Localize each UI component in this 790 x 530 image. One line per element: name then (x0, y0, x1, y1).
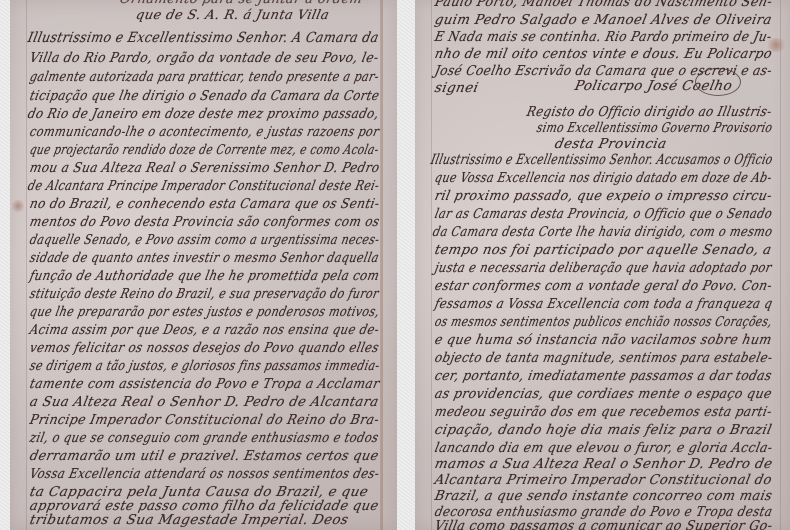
manuscript-line: daquelle Senado, e Povo assim como a urg… (28, 232, 381, 248)
manuscript-page-right: Paulo Porto, Manoel Thomas do Nascimento… (415, 0, 790, 530)
manuscript-line: objecto de tanta magnitude, sentimos par… (433, 350, 774, 366)
manuscript-line: função de Authoridade que lhe he promett… (28, 268, 381, 284)
manuscript-line: e que huma só instancia não vacilamos so… (433, 332, 773, 348)
manuscript-line: mou a Sua Alteza Real o Serenissimo Senh… (28, 160, 381, 176)
margin-rule-right (780, 0, 781, 530)
manuscript-line: tributamos a Sua Magestade Imperial. Deo… (28, 512, 350, 528)
manuscript-line: zil, o que se conseguio com grande enthu… (28, 430, 380, 446)
margin-rule-left (431, 0, 432, 530)
manuscript-line: que projectarão rendido doze de Corrente… (28, 142, 380, 158)
page-heading-line: que de S. A. R. á Junta Villa (134, 8, 330, 23)
page-edge (381, 0, 383, 530)
manuscript-line: que lhe prepararão por estes justos e po… (28, 304, 381, 320)
manuscript-line: fessamos a Vossa Excellencia com toda a … (433, 296, 774, 312)
manuscript-line: galmente autorizada para pratticar, tend… (28, 69, 380, 85)
manuscript-line: Vossa Excellencia attendará os nossos se… (28, 466, 381, 482)
manuscript-line: Villa do Rio Pardo, orgão da vontade de … (28, 50, 380, 66)
manuscript-line: estar conformes com a vontade geral do P… (433, 278, 773, 294)
manuscript-line: as providencias, que cordiaes mente o es… (433, 386, 773, 402)
manuscript-line: Alcantara Primeiro Imperador Constitucio… (433, 472, 773, 488)
manuscript-line: lancando dia em que elevou o furor, e gl… (433, 440, 774, 456)
manuscript-line: nho de mil oito centos vinte e dous. Eu … (433, 46, 773, 62)
manuscript-line: Brazil, a que sendo instante concorreo c… (433, 488, 774, 504)
manuscript-line: Illustrissimo e Excellentissimo Senhor. … (429, 152, 774, 168)
manuscript-line: no do Brazil, e conhecendo esta Camara q… (28, 196, 381, 212)
manuscript-line: sidade de quanto antes investir o mesmo … (28, 250, 380, 266)
manuscript-line: Acima assim por que Deos, e a razão nos … (28, 322, 380, 338)
ink-stain (12, 198, 24, 214)
address-line: desta Provincia (553, 136, 668, 152)
manuscript-line: da Camara desta Corte lhe havia dirigido… (431, 224, 774, 240)
manuscript-line: guim Pedro Salgado e Manoel Alves de Oli… (433, 12, 773, 28)
manuscript-line: Paulo Porto, Manoel Thomas do Nascimento… (433, 0, 773, 10)
page-heading-line: Ornamento para se juntar a ordem (118, 0, 364, 7)
address-line: simo Excellentissimo Governo Provisorio (535, 120, 774, 136)
manuscript-line: mamos a Sua Alteza Real o Senhor D. Pedr… (433, 456, 774, 472)
manuscript-line: tempo nos foi participado por aquelle Se… (433, 242, 773, 258)
manuscript-line: Illustrissimo e Excellentissimo Senhor. … (26, 30, 380, 46)
manuscript-line: se dirigem a tão justos, e gloriosos fin… (28, 358, 381, 374)
manuscript-line: tamente com assistencia do Povo e Tropa … (28, 376, 381, 392)
manuscript-line: justa e necessaria deliberação que havia… (433, 260, 773, 276)
manuscript-line: ticipação que lhe dirigio o Senado da Ca… (28, 88, 381, 104)
manuscript-line: Villa como passamos a comunicar ao Super… (433, 518, 774, 530)
signature-flourish (695, 68, 741, 96)
manuscript-line: mentos do Povo desta Provincia são confo… (28, 214, 381, 230)
manuscript-line: stituição deste Reino do Brazil, e sua p… (28, 286, 380, 302)
manuscript-line: a Sua Alteza Real o Senhor D. Pedro de A… (28, 394, 380, 410)
manuscript-line: medeou seguirão dos em que recebemos est… (433, 404, 773, 420)
manuscript-line: cer, portanto, imediatamente passamos a … (433, 368, 773, 384)
manuscript-line: vemos felicitar os nossos desejos do Pov… (28, 340, 380, 356)
manuscript-line: do Rio de Janeiro em doze deste mez prox… (26, 106, 380, 122)
manuscript-line: lar as Camaras desta Provincia, o Offici… (433, 206, 773, 222)
manuscript-line: communicando-lhe o acontecimento, e just… (28, 124, 380, 140)
manuscript-line: ril proximo passado, que expeio o impres… (433, 188, 773, 204)
address-line: Registo do Officio dirigido ao Illustris… (525, 104, 773, 120)
manuscript-line: os mesmos sentimentos publicos enchião n… (433, 314, 773, 330)
manuscript-line: signei (433, 80, 480, 96)
margin-rule-left (26, 0, 27, 530)
manuscript-line: de Alcantara Principe Imperador Constitu… (26, 178, 381, 194)
manuscript-line: Principe Imperador Constitucional do Rei… (28, 412, 380, 428)
manuscript-line: que Vossa Excellencia nos dirigio datado… (433, 170, 773, 186)
manuscript-page-left: Ornamento para se juntar a ordem que de … (10, 0, 397, 530)
manuscript-line: cipação, dando hoje dia mais feliz para … (433, 422, 773, 438)
manuscript-line: derramarão um util e prazivel. Estamos c… (28, 448, 380, 464)
manuscript-line: E Nada mais se continha. Rio Pardo prime… (433, 29, 773, 45)
